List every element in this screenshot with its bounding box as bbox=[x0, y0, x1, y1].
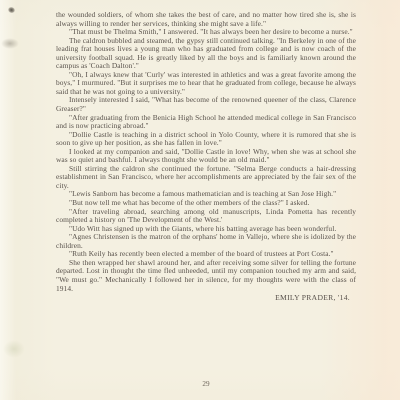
text-paragraph: "Dollie Castle is teaching in a district… bbox=[56, 131, 356, 148]
smudge-mark-top bbox=[1, 38, 19, 49]
text-paragraph: Intensely interested I said, "What has b… bbox=[56, 96, 356, 113]
text-paragraph: She then wrapped her shawl around her, a… bbox=[56, 259, 356, 293]
smudge-mark-bottom bbox=[3, 340, 25, 358]
ink-spot-mark bbox=[7, 6, 16, 14]
text-paragraph: The caldron bubbled and steamed, the gyp… bbox=[56, 37, 356, 71]
page-number: 29 bbox=[56, 380, 356, 388]
text-paragraph: "After traveling abroad, searching among… bbox=[56, 208, 356, 225]
text-paragraph: "Oh, I always knew that 'Curly' was inte… bbox=[56, 71, 356, 97]
page-text-block: the wounded soldiers, of whom she takes … bbox=[56, 11, 356, 303]
text-paragraph: "After graduating from the Benicia High … bbox=[56, 114, 356, 131]
text-paragraph: "Agnes Christensen is the matron of the … bbox=[56, 233, 356, 250]
author-signature: EMILY PRADER, '14. bbox=[56, 294, 356, 303]
scanned-book-page: { "colors": { "page_background": "#f4f0e… bbox=[0, 0, 400, 400]
text-paragraph: Still stirring the caldron she continued… bbox=[56, 165, 356, 191]
text-paragraph: I looked at my companion and said, "Doll… bbox=[56, 148, 356, 165]
text-paragraph: the wounded soldiers, of whom she takes … bbox=[56, 11, 356, 28]
